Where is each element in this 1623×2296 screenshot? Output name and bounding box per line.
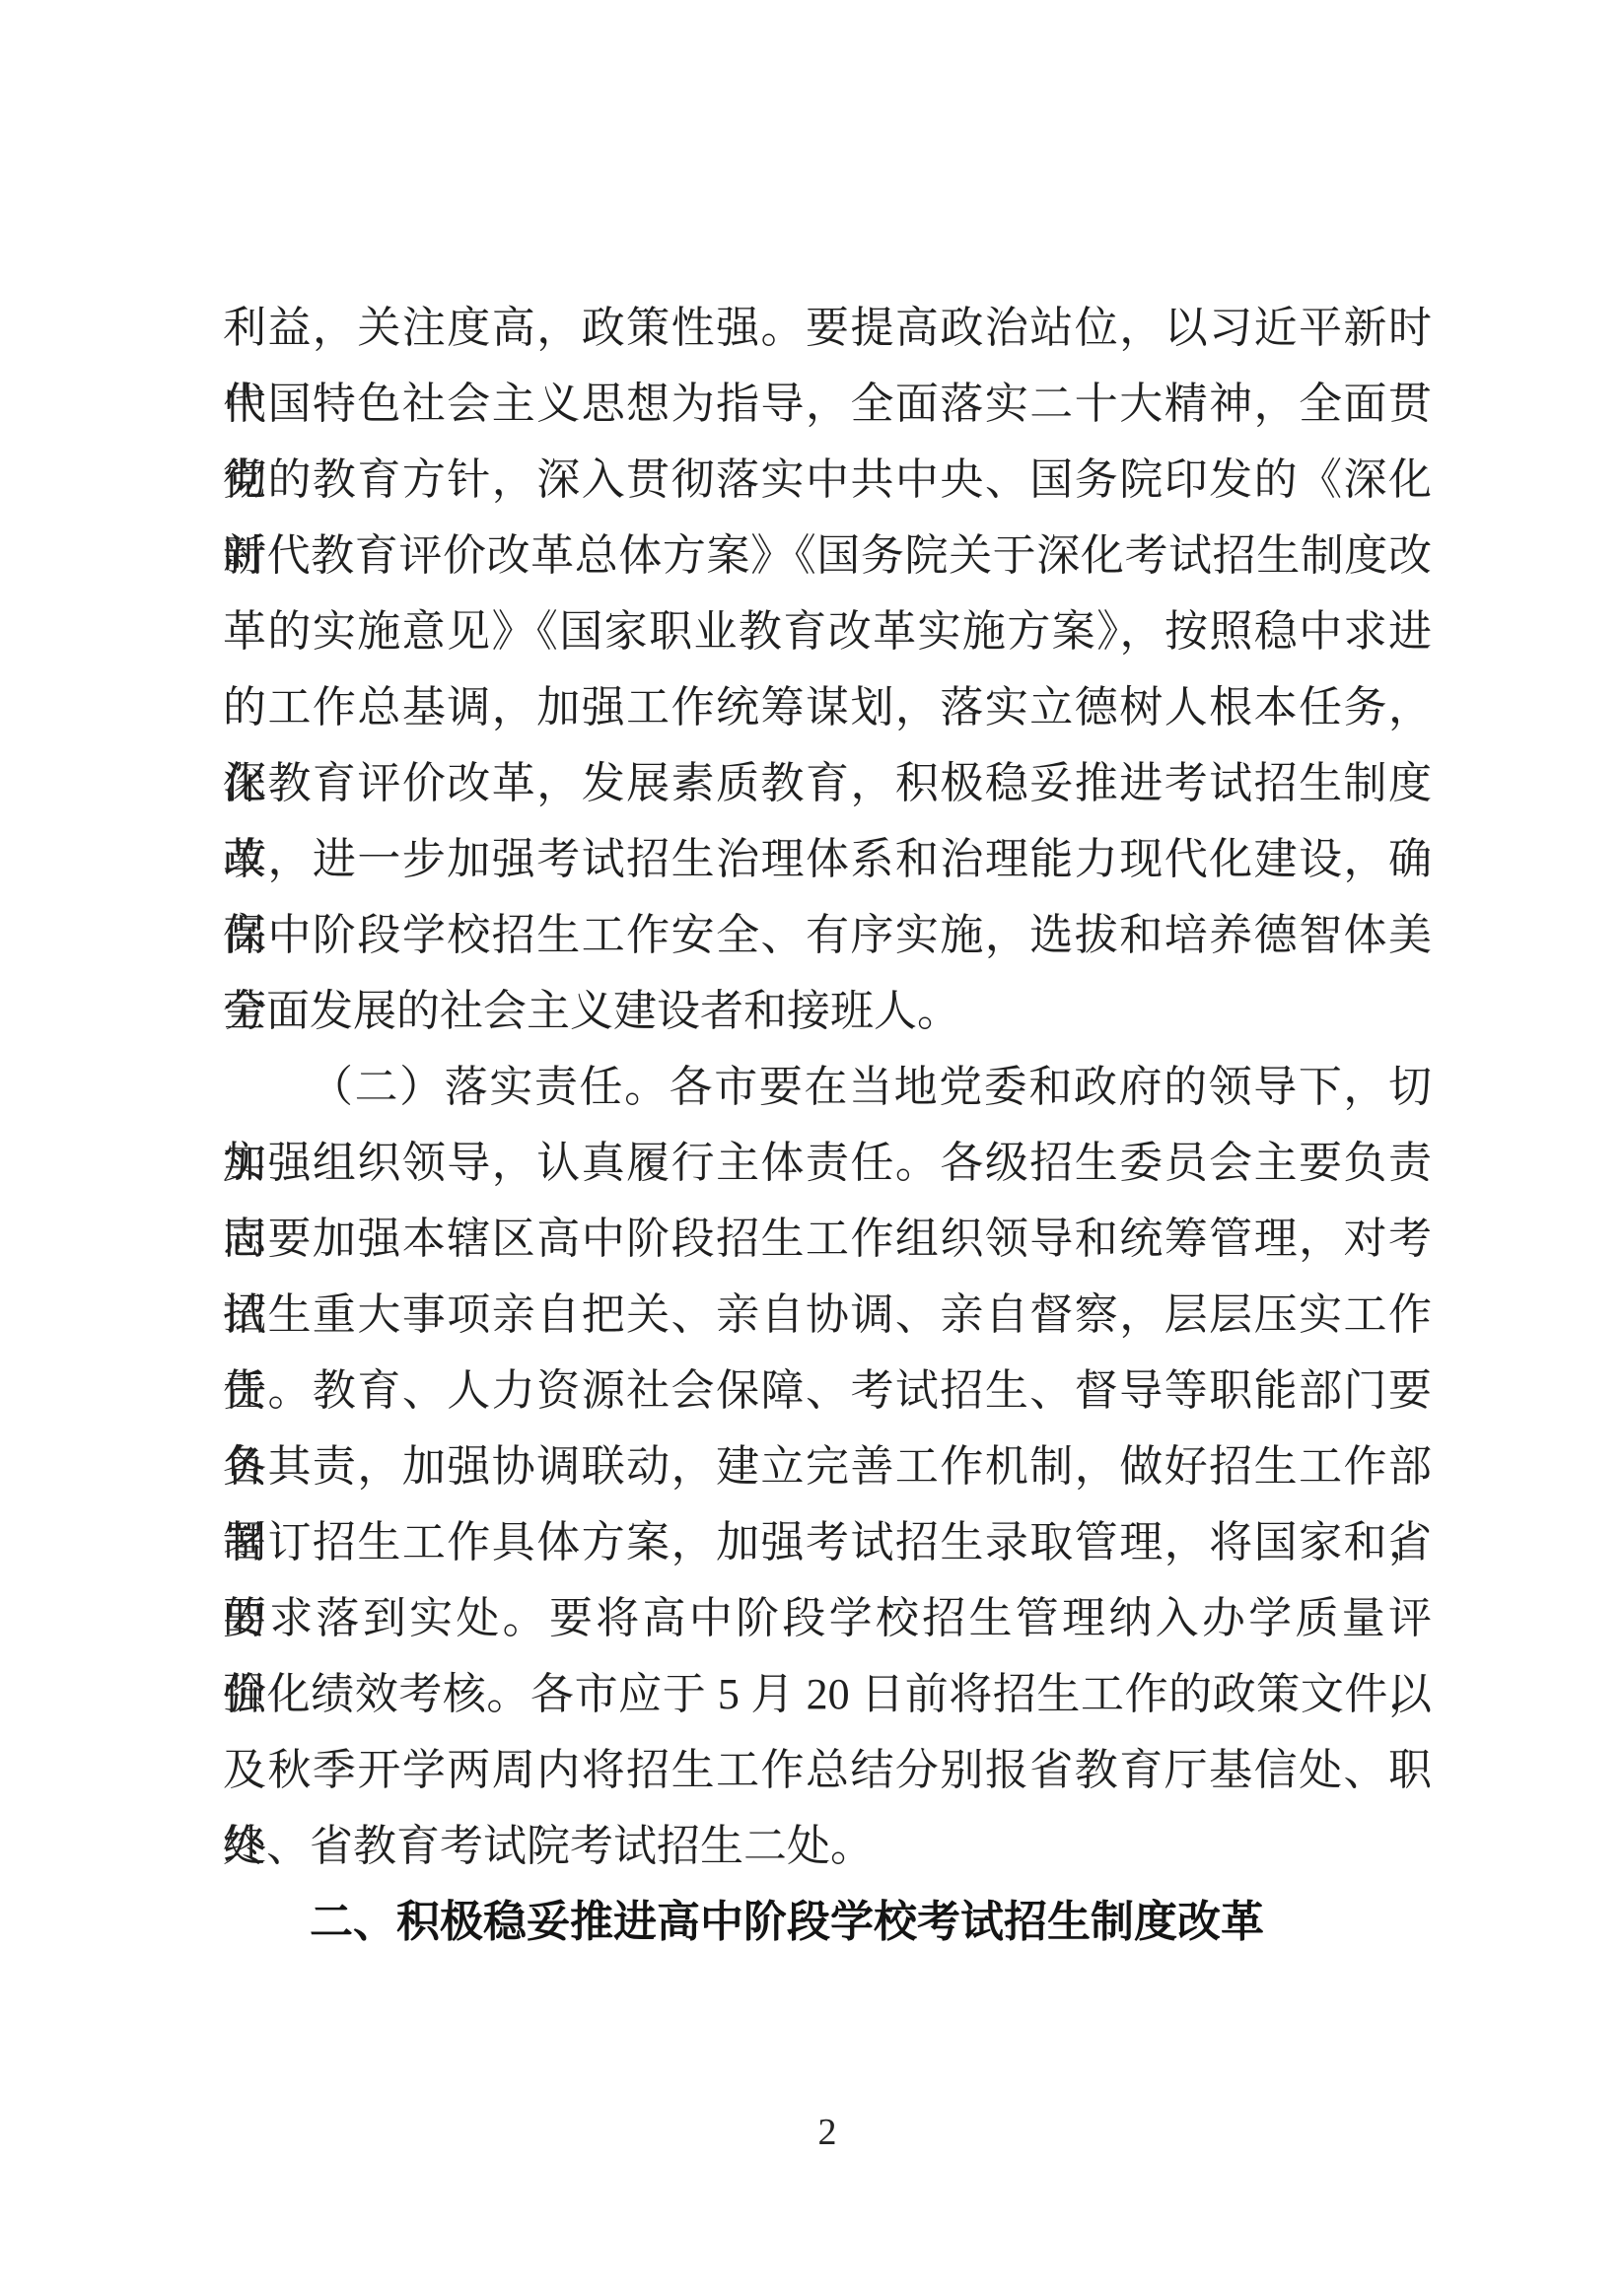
- text-line: 处、省教育考试院考试招生二处。: [223, 1808, 1432, 1884]
- text-block: 利益，关注度高，政策性强。要提高政治站位，以习近平新时代中国特色社会主义思想为指…: [223, 290, 1432, 1960]
- text-line: 强化绩效考核。各市应于 5 月 20 日前将招生工作的政策文件以: [223, 1656, 1432, 1732]
- text-line: 革，进一步加强考试招生治理体系和治理能力现代化建设，确保: [223, 821, 1432, 897]
- text-line: 志要加强本辖区高中阶段招生工作组织领导和统筹管理，对考试: [223, 1201, 1432, 1277]
- text-line: 革的实施意见》《国家职业教育改革实施方案》，按照稳中求进: [223, 593, 1432, 669]
- text-line: 利益，关注度高，政策性强。要提高政治站位，以习近平新时代: [223, 290, 1432, 366]
- text-line: 制订招生工作具体方案，加强考试招生录取管理，将国家和省的: [223, 1504, 1432, 1580]
- text-line: 高中阶段学校招生工作安全、有序实施，选拔和培养德智体美劳: [223, 897, 1432, 973]
- text-line: 党的教育方针，深入贯彻落实中共中央、国务院印发的《深化新: [223, 442, 1432, 518]
- text-line: 负其责，加强协调联动，建立完善工作机制，做好招生工作部署，: [223, 1428, 1432, 1504]
- section-heading: 二、积极稳妥推进高中阶段学校考试招生制度改革: [223, 1884, 1432, 1960]
- text-line: 招生重大事项亲自把关、亲自协调、亲自督察，层层压实工作责: [223, 1277, 1432, 1353]
- document-page: 利益，关注度高，政策性强。要提高政治站位，以习近平新时代中国特色社会主义思想为指…: [0, 0, 1623, 2296]
- text-line: 的工作总基调，加强工作统筹谋划，落实立德树人根本任务，深: [223, 669, 1432, 745]
- text-line: 时代教育评价改革总体方案》《国务院关于深化考试招生制度改: [223, 518, 1432, 593]
- text-line: 加强组织领导，认真履行主体责任。各级招生委员会主要负责同: [223, 1125, 1432, 1201]
- page-number: 2: [223, 2108, 1432, 2157]
- text-line: 全面发展的社会主义建设者和接班人。: [223, 973, 1432, 1049]
- text-line: 中国特色社会主义思想为指导，全面落实二十大精神，全面贯彻: [223, 366, 1432, 442]
- text-line: （二）落实责任。各市要在当地党委和政府的领导下，切实: [223, 1049, 1432, 1125]
- text-line: 任。教育、人力资源社会保障、考试招生、督导等职能部门要各: [223, 1353, 1432, 1428]
- text-line: 化教育评价改革，发展素质教育，积极稳妥推进考试招生制度改: [223, 745, 1432, 821]
- text-line: 要求落到实处。要将高中阶段学校招生管理纳入办学质量评价，: [223, 1580, 1432, 1656]
- text-line: 及秋季开学两周内将招生工作总结分别报省教育厅基信处、职终: [223, 1732, 1432, 1808]
